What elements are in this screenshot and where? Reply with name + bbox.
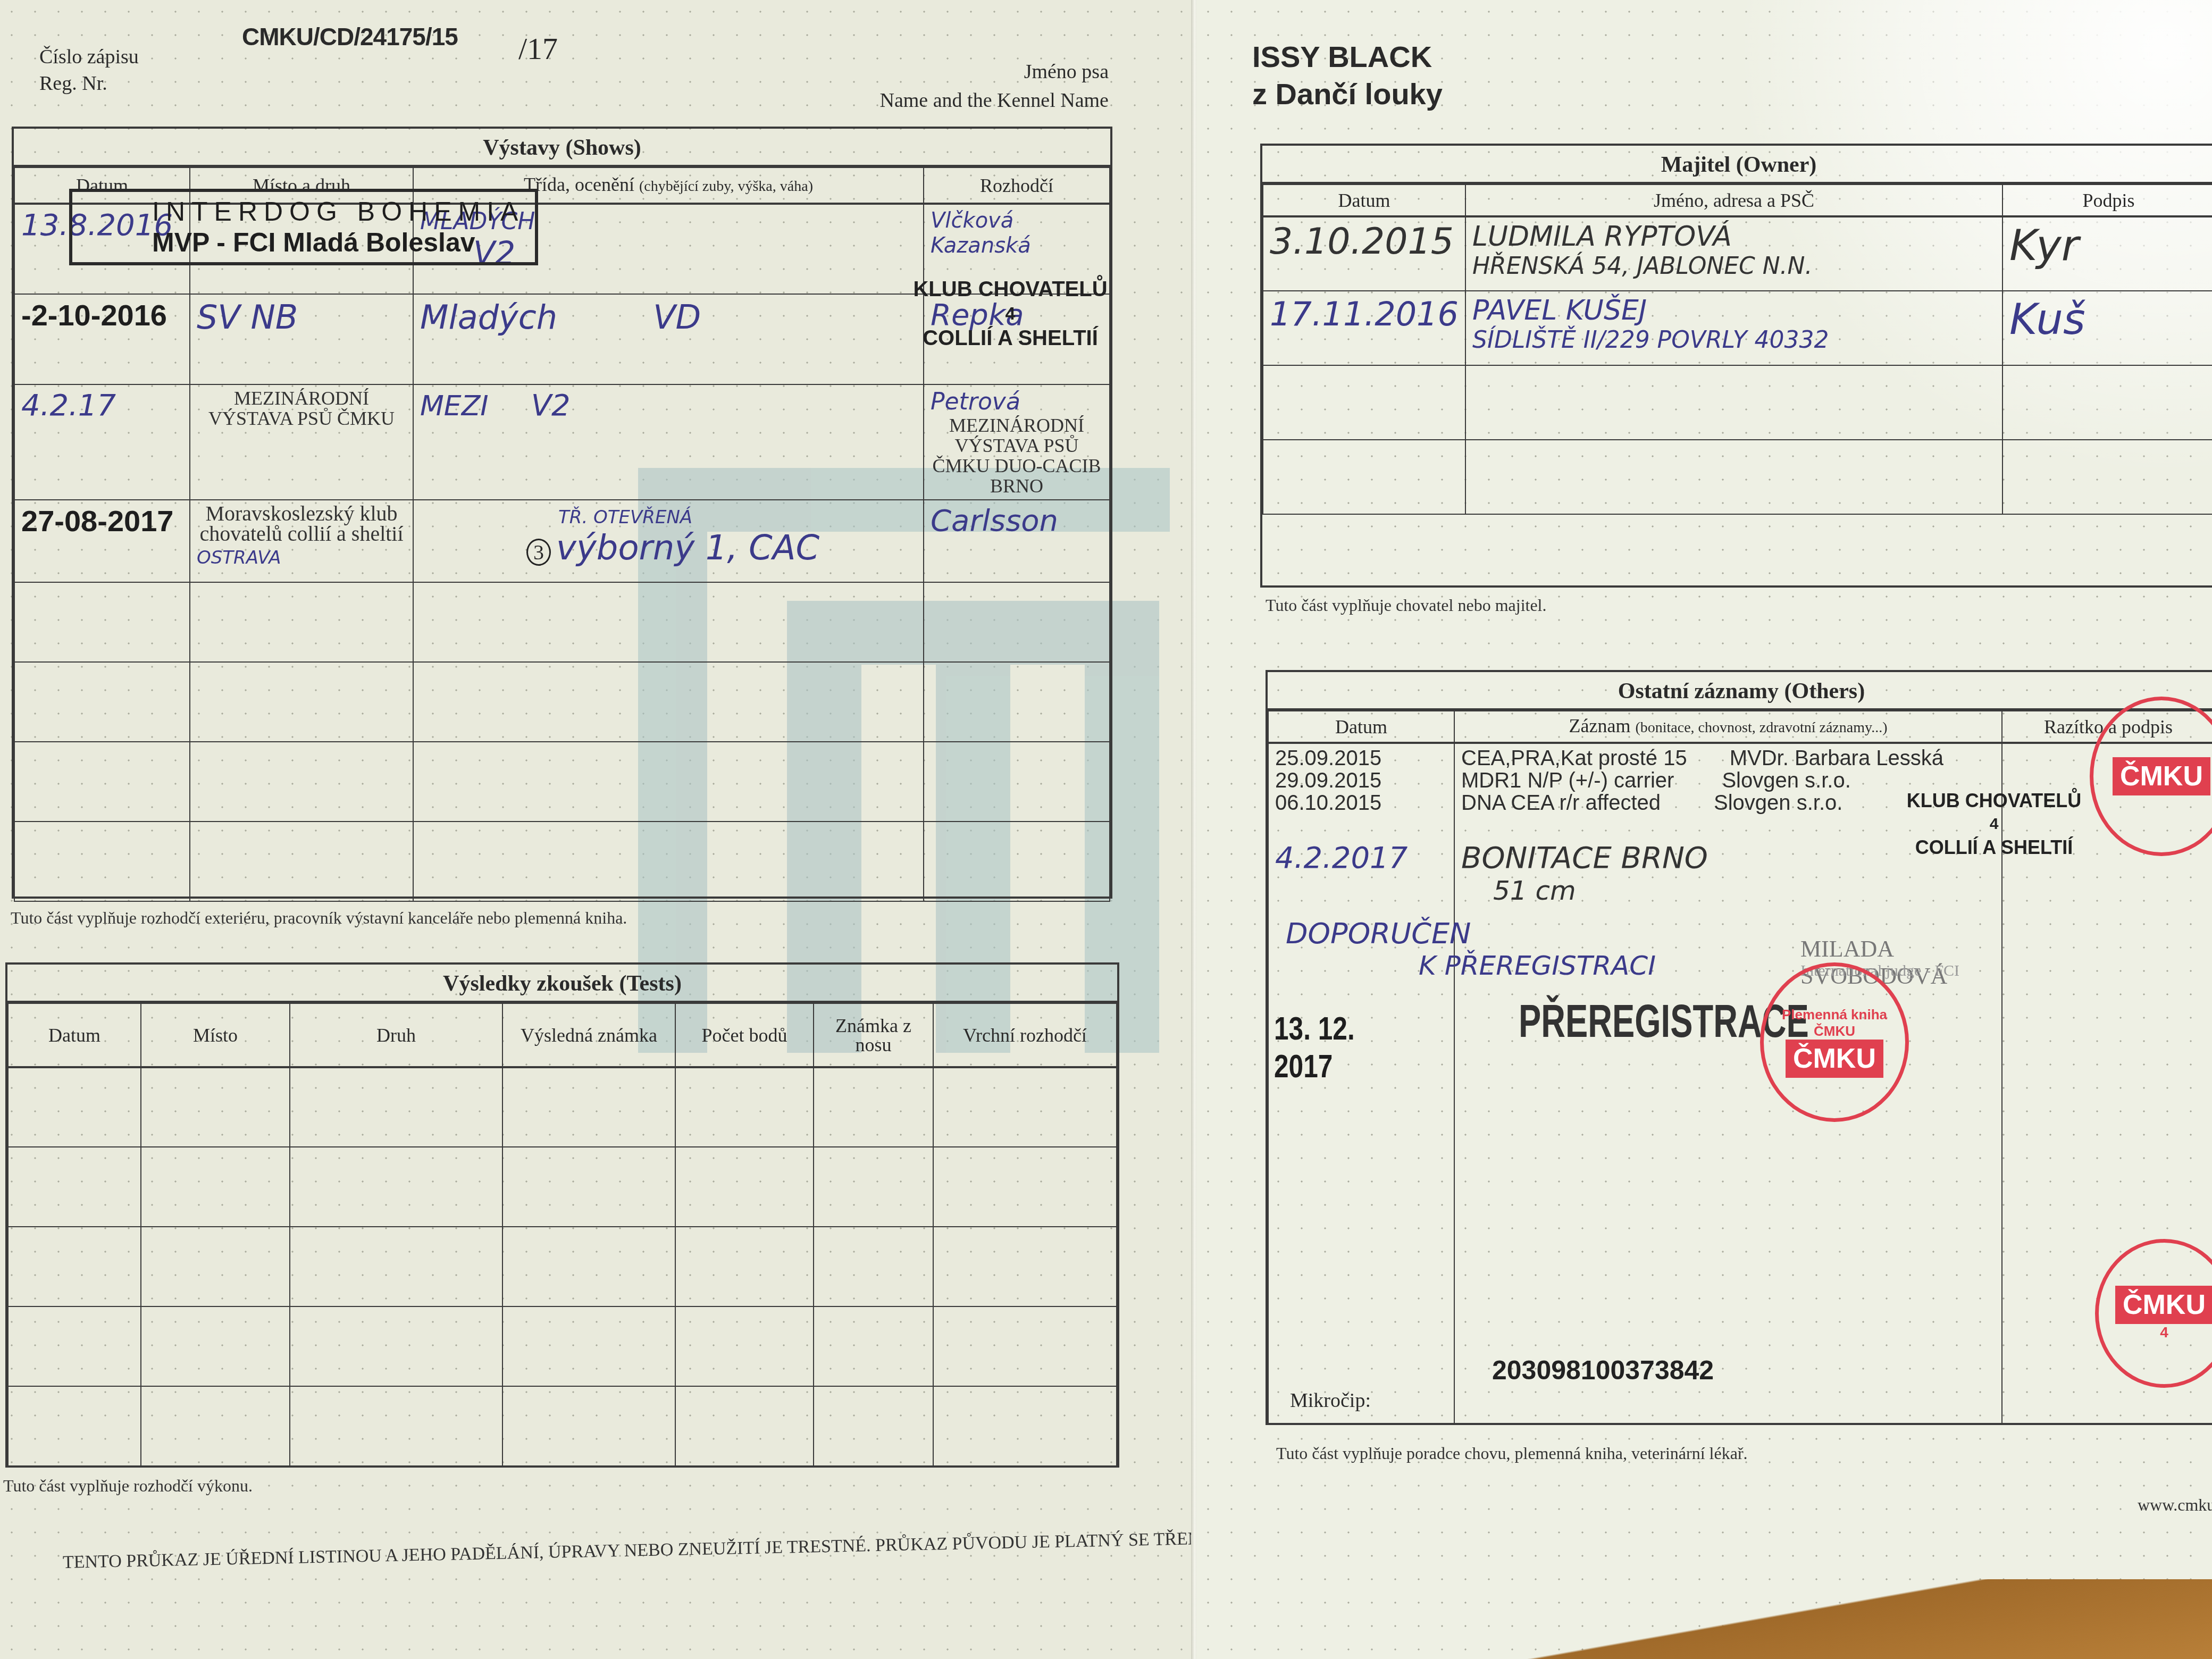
show-row: [14, 742, 1110, 822]
col-type: Druh: [290, 1003, 502, 1067]
others-footnote: Tuto část vyplňuje poradce chovu, plemen…: [1276, 1444, 1748, 1463]
test-row: [8, 1386, 1117, 1466]
tests-table: Výsledky zkoušek (Tests) Datum Místo Dru…: [5, 962, 1119, 1468]
shows-footnote: Tuto část vyplňuje rozhodčí exteriéru, p…: [11, 908, 627, 928]
left-page: Číslo zápisu Reg. Nr. CMKU/CD/24175/15 /…: [0, 0, 1196, 1659]
owner-row: 3.10.2015 LUDMILA RYPTOVÁHŘENSKÁ 54, JAB…: [1263, 216, 2212, 291]
microchip-number: 203098100373842: [1492, 1355, 1714, 1386]
col-name-address: Jméno, adresa a PSČ: [1465, 185, 2002, 216]
others-title: Ostatní záznamy (Others): [1268, 672, 2212, 710]
col-signature: Podpis: [2002, 185, 2212, 216]
club-stamp-left: KLUB CHOVATELŮ 4 COLLIÍ A SHELTIÍ: [904, 207, 1117, 420]
col-final-grade: Výsledná známka: [502, 1003, 675, 1067]
col-date: Datum: [1268, 711, 1454, 743]
desk-surface: [1521, 1579, 2212, 1659]
club-stamp-right: KLUB CHOVATELŮ 4 COLLIÍ A SHELTIÍ: [1904, 734, 2084, 915]
test-row: [8, 1147, 1117, 1227]
col-place: Místo: [141, 1003, 290, 1067]
show-row: [14, 662, 1110, 742]
tests-title: Výsledky zkoušek (Tests): [7, 965, 1117, 1003]
registration-number: CMKU/CD/24175/15: [242, 22, 458, 51]
owner-footnote: Tuto část vyplňuje chovatel nebo majitel…: [1266, 596, 1547, 615]
col-date: Datum: [8, 1003, 141, 1067]
owner-table: Majitel (Owner) Datum Jméno, adresa a PS…: [1260, 144, 2212, 588]
interdog-bohemia-stamp: INTERDOG BOHEMIA MVP - FCI Mladá Bolesla…: [69, 189, 538, 265]
col-record: Záznam (bonitace, chovnost, zdravotní zá…: [1454, 711, 2002, 743]
col-date: Datum: [1263, 185, 1465, 216]
test-row: [8, 1306, 1117, 1386]
col-nose-grade: Známka z nosu: [814, 1003, 933, 1067]
registration-suffix: /17: [518, 31, 558, 66]
tests-footnote: Tuto část vyplňuje rozhodčí výkonu.: [3, 1476, 253, 1496]
shows-title: Výstavy (Shows): [14, 129, 1110, 167]
col-points: Počet bodů: [675, 1003, 814, 1067]
col-head-judge: Vrchní rozhodčí: [933, 1003, 1117, 1067]
owner-row: [1263, 440, 2212, 514]
show-row: [14, 582, 1110, 662]
test-row: [8, 1067, 1117, 1147]
right-page: ISSY BLACK z Dančí louky Majitel (Owner)…: [1196, 0, 2212, 1659]
show-row: 27-08-2017 Moravskoslezský klub chovatel…: [14, 500, 1110, 582]
name-label: Jméno psa Name and the Kennel Name: [880, 57, 1109, 115]
show-row: [14, 822, 1110, 901]
owner-row: [1263, 365, 2212, 440]
owner-row: 17.11.2016 PAVEL KUŠEJSÍDLIŠTĚ II/229 PO…: [1263, 291, 2212, 365]
owner-title: Majitel (Owner): [1262, 146, 2212, 184]
website-url: www.cmku: [2138, 1495, 2212, 1515]
show-row: 4.2.17 MEZINÁRODNÍ VÝSTAVA PSŮ ČMKU MEZI…: [14, 384, 1110, 500]
reg-label: Číslo zápisu Reg. Nr.: [39, 44, 139, 97]
col-judge: Rozhodčí: [924, 167, 1110, 204]
dog-name: ISSY BLACK z Dančí louky: [1252, 38, 1443, 113]
red-breeding-book-stamp: Plemenná kniha ČMKU ČMKU: [1760, 962, 1909, 1122]
test-row: [8, 1227, 1117, 1306]
